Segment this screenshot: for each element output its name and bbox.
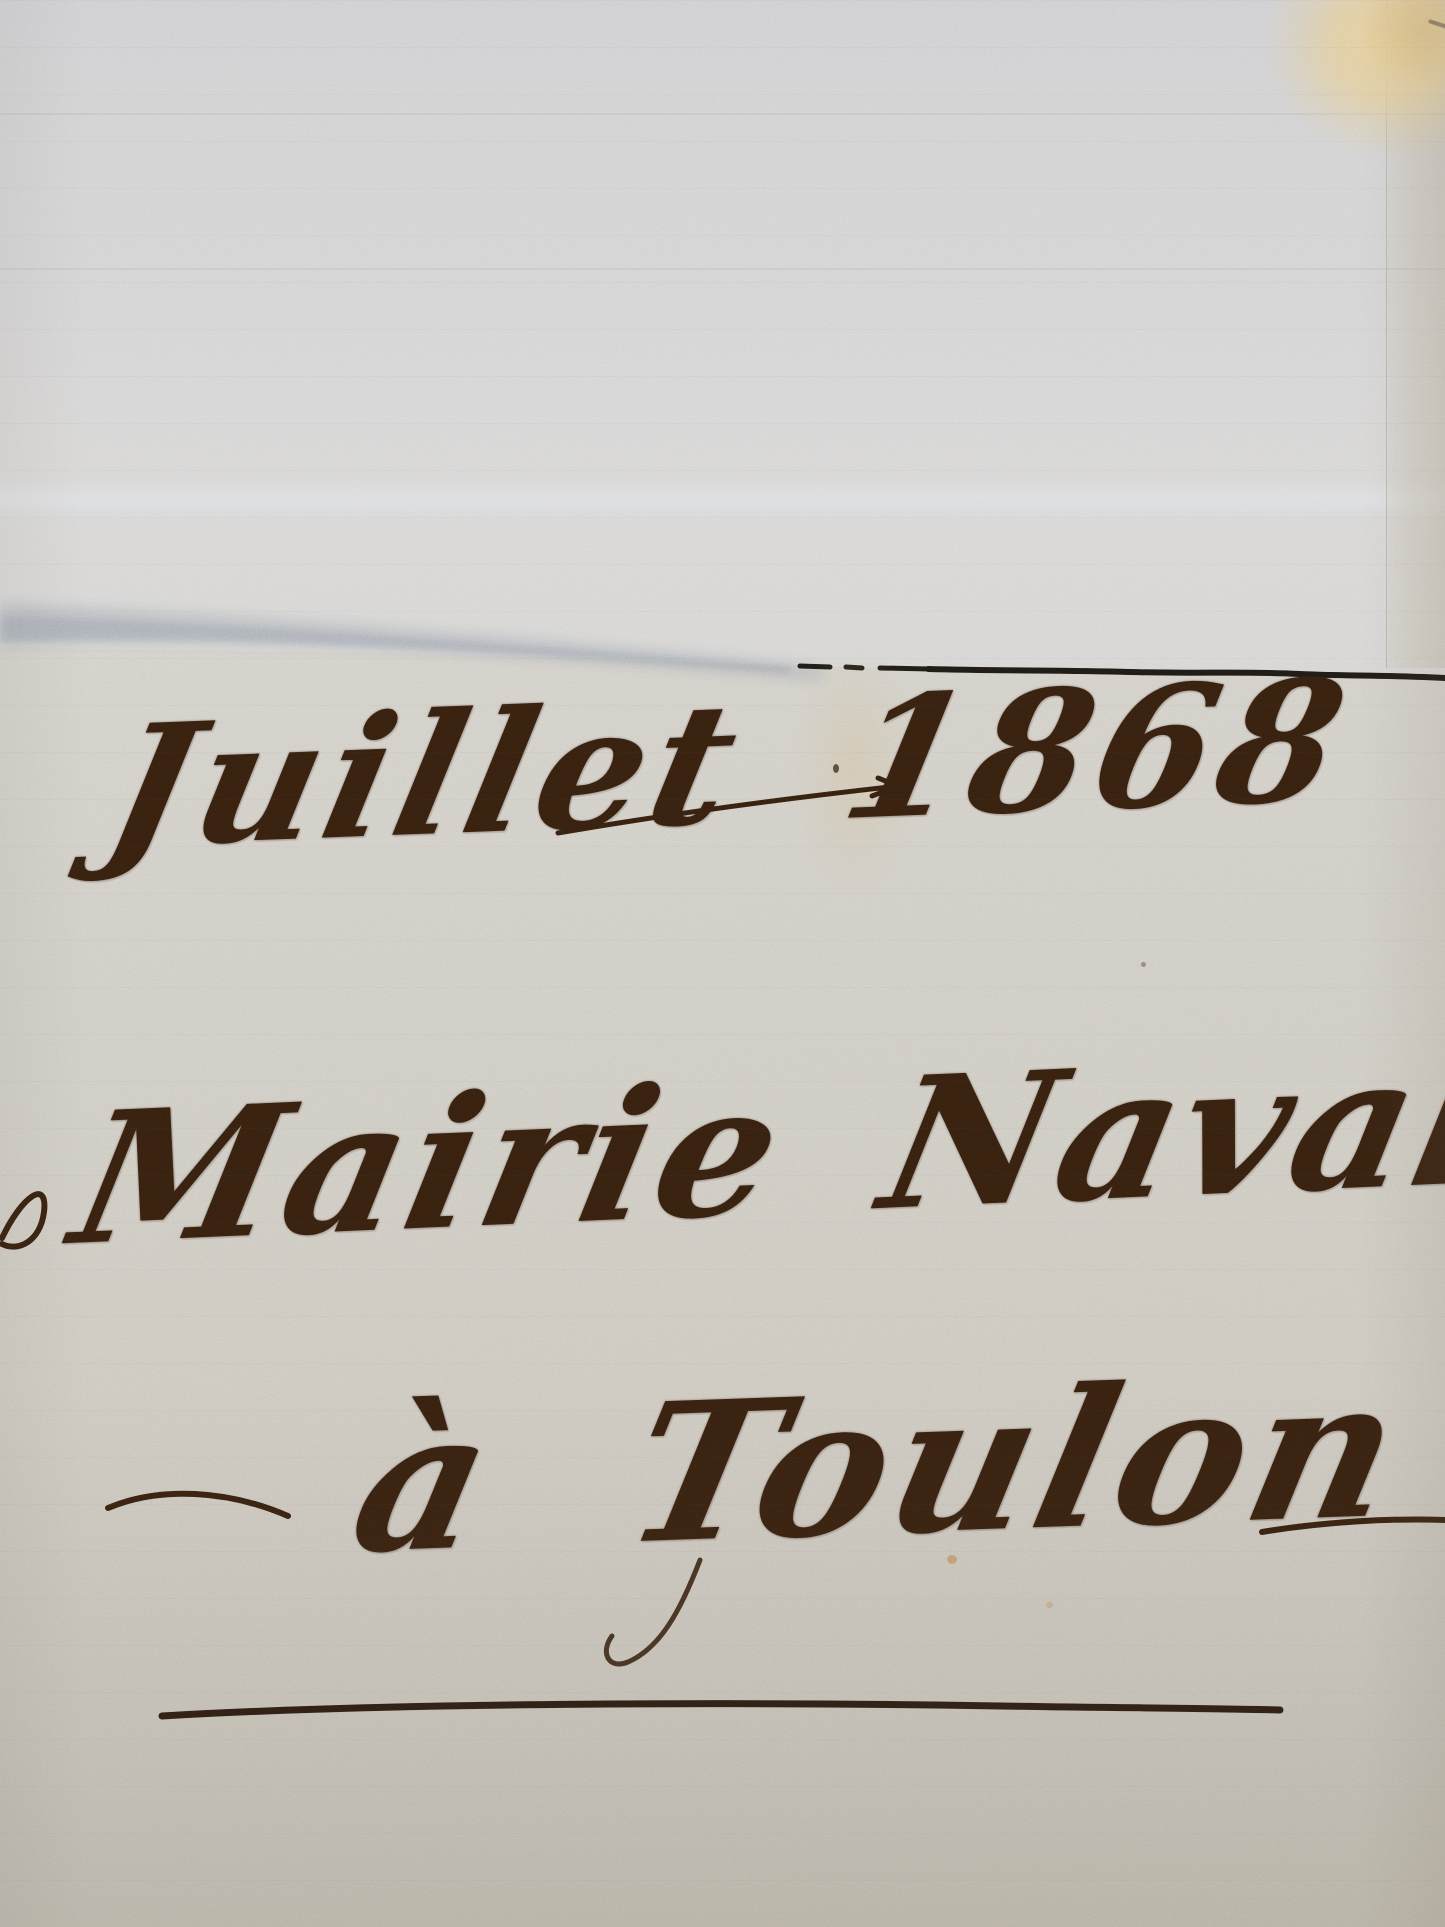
upper-paper-sheet (0, 0, 1445, 700)
document-photo: Juillet 1868 Mairie Navale à Toulon (0, 0, 1445, 1927)
rust-speck (1046, 1602, 1053, 1608)
ink-speck (1141, 962, 1146, 967)
paper-crease-line (0, 113, 1445, 115)
paper-crease-line (0, 268, 1445, 270)
handwritten-place: à Toulon (336, 1336, 1423, 1597)
paper-light-band (0, 478, 1445, 520)
